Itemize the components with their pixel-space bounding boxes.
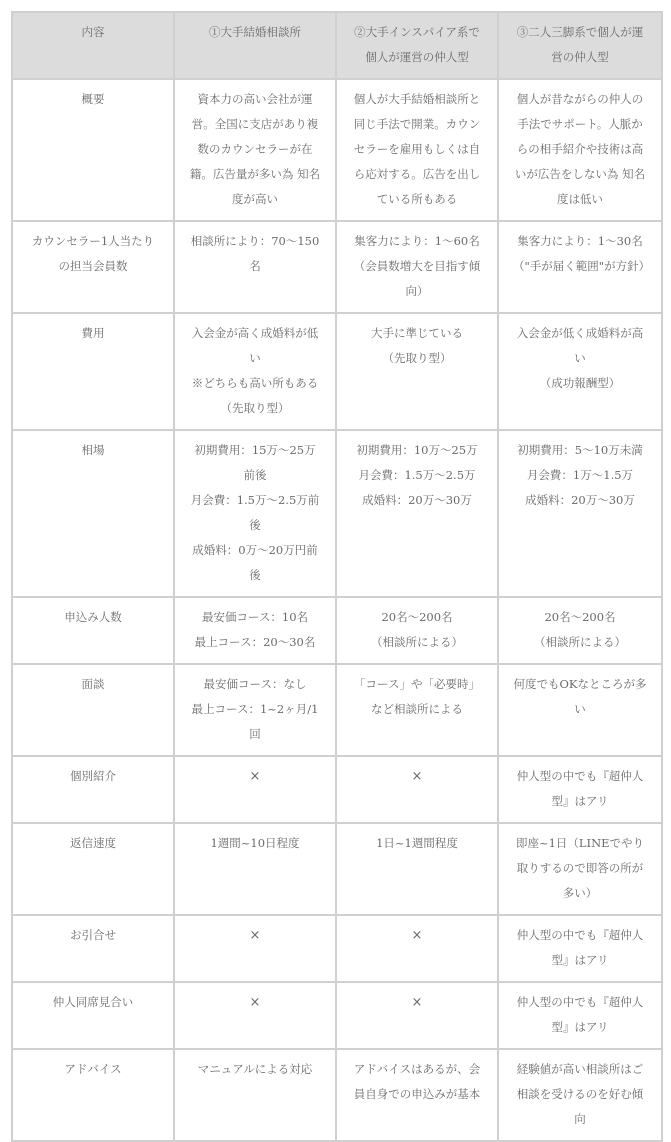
table-row-nakodo-attended-omiai: 仲人同席見合い××仲人型の中でも『超仲人型』はアリ <box>12 982 662 1049</box>
table-cell: 最安価コース：なし最上コース：1~2ヶ月/1回 <box>174 664 336 756</box>
header-partnership-nakodo: ③二人三脚系で個人が運営の仲人型 <box>498 12 662 79</box>
row-label: 面談 <box>12 664 174 756</box>
cell-text: 大手に準じている <box>351 321 483 346</box>
table-row-cost: 費用入会金が高く成婚料が低い※どちらも高い所もある（先取り型）大手に準じている（… <box>12 313 662 430</box>
cross-mark-icon: × <box>189 764 321 789</box>
cell-text: 仲人型の中でも『超仲人型』はアリ <box>513 764 647 814</box>
table-row-members-per-counselor: カウンセラー1人当たりの担当会員数相談所により：70〜150名集客力により：1〜… <box>12 221 662 313</box>
cell-text: 20名〜200名 <box>513 605 647 630</box>
cell-text: 即座~1日（LINEでやり取りするので即答の所が多い） <box>513 831 647 906</box>
table-cell: × <box>336 756 498 823</box>
row-label: 返信速度 <box>12 823 174 915</box>
cell-text: （相談所による） <box>351 630 483 655</box>
cell-text: 仲人型の中でも『超仲人型』はアリ <box>513 990 647 1040</box>
cross-mark-icon: × <box>351 923 483 948</box>
cell-text: 成婚料：20万〜30万 <box>513 488 647 513</box>
cell-text: 入会金が高く成婚料が低い <box>189 321 321 371</box>
cell-text: 1日~1週間程度 <box>351 831 483 856</box>
table-cell: マニュアルによる対応 <box>174 1049 336 1066</box>
table-cell: × <box>174 982 336 1049</box>
table-body: 概要資本力の高い会社が運営。全国に支店があり複数のカウンセラーが在籍。広告量が多… <box>12 79 662 1066</box>
cell-text: 成婚料：0万〜20万円前後 <box>189 538 321 588</box>
cell-text: 相談所により：70〜150名 <box>189 229 321 279</box>
table-cell: 初期費用：10万〜25万月会費：1.5万〜2.5万成婚料：20万〜30万 <box>336 430 498 597</box>
cell-text: （相談所による） <box>513 630 647 655</box>
cell-text: 月会費：1.5万〜2.5万前後 <box>189 488 321 538</box>
header-large-agency: ①大手結婚相談所 <box>174 12 336 79</box>
table-cell: 集客力により：1〜30名（"手が届く範囲"が方針） <box>498 221 662 313</box>
table-cell: 相談所により：70〜150名 <box>174 221 336 313</box>
table-cell: 仲人型の中でも『超仲人型』はアリ <box>498 915 662 982</box>
cell-text: 経験値が高い相談所はご相談を受けるのを好む傾向 <box>513 1057 647 1066</box>
cell-text: 成婚料：20万〜30万 <box>351 488 483 513</box>
table-row-applications: 申込み人数最安価コース：10名最上コース：20〜30名20名〜200名（相談所に… <box>12 597 662 664</box>
table-cell: 集客力により：1〜60名（会員数増大を目指す傾向） <box>336 221 498 313</box>
table-cell: 資本力の高い会社が運営。全国に支店があり複数のカウンセラーが在籍。広告量が多い為… <box>174 79 336 221</box>
table-row-market-price: 相場初期費用：15万〜25万前後月会費：1.5万〜2.5万前後成婚料：0万〜20… <box>12 430 662 597</box>
cross-mark-icon: × <box>189 990 321 1015</box>
cell-text: 初期費用：5〜10万未満 <box>513 438 647 463</box>
cross-mark-icon: × <box>351 990 483 1015</box>
comparison-table-container: 内容 ①大手結婚相談所 ②大手インスパイア系で個人が運営の仲人型 ③二人三脚系で… <box>11 11 661 1066</box>
table-row-interview: 面談最安価コース：なし最上コース：1~2ヶ月/1回「コース」や「必要時」など相談… <box>12 664 662 756</box>
table-cell: 入会金が低く成婚料が高い（成功報酬型） <box>498 313 662 430</box>
table-cell: × <box>336 915 498 982</box>
table-cell: × <box>174 756 336 823</box>
cell-text: 入会金が低く成婚料が高い <box>513 321 647 371</box>
table-cell: 初期費用：15万〜25万前後月会費：1.5万〜2.5万前後成婚料：0万〜20万円… <box>174 430 336 597</box>
table-row-advice: アドバイスマニュアルによる対応アドバイスはあるが、会員自身での申込みが基本経験値… <box>12 1049 662 1066</box>
table-cell: アドバイスはあるが、会員自身での申込みが基本 <box>336 1049 498 1066</box>
cell-text: （先取り型） <box>189 396 321 421</box>
cell-text: 最上コース：20〜30名 <box>189 630 321 655</box>
table-cell: 仲人型の中でも『超仲人型』はアリ <box>498 756 662 823</box>
cell-text: アドバイスはあるが、会員自身での申込みが基本 <box>351 1057 483 1066</box>
cell-text: 1週間~10日程度 <box>189 831 321 856</box>
cross-mark-icon: × <box>189 923 321 948</box>
table-cell: 20名〜200名（相談所による） <box>498 597 662 664</box>
table-row-response-speed: 返信速度1週間~10日程度1日~1週間程度即座~1日（LINEでやり取りするので… <box>12 823 662 915</box>
marriage-agency-comparison-table: 内容 ①大手結婚相談所 ②大手インスパイア系で個人が運営の仲人型 ③二人三脚系で… <box>11 11 663 1066</box>
cell-text: 最上コース：1~2ヶ月/1回 <box>189 697 321 747</box>
row-label: 個別紹介 <box>12 756 174 823</box>
table-cell: 最安価コース：10名最上コース：20〜30名 <box>174 597 336 664</box>
table-cell: 初期費用：5〜10万未満月会費：1万〜1.5万成婚料：20万〜30万 <box>498 430 662 597</box>
table-header-row: 内容 ①大手結婚相談所 ②大手インスパイア系で個人が運営の仲人型 ③二人三脚系で… <box>12 12 662 79</box>
table-cell: 入会金が高く成婚料が低い※どちらも高い所もある（先取り型） <box>174 313 336 430</box>
table-cell: 「コース」や「必要時」など相談所による <box>336 664 498 756</box>
cell-text: 何度でもOKなところが多い <box>513 672 647 722</box>
cell-text: （成功報酬型） <box>513 371 647 396</box>
table-cell: 何度でもOKなところが多い <box>498 664 662 756</box>
cell-text: 最安価コース：なし <box>189 672 321 697</box>
row-label: 申込み人数 <box>12 597 174 664</box>
cell-text: 「コース」や「必要時」など相談所による <box>351 672 483 722</box>
table-row-introduction-meeting: お引合せ××仲人型の中でも『超仲人型』はアリ <box>12 915 662 982</box>
row-label: 相場 <box>12 430 174 597</box>
header-content: 内容 <box>12 12 174 79</box>
table-cell: 20名〜200名（相談所による） <box>336 597 498 664</box>
cell-text: ※どちらも高い所もある <box>189 371 321 396</box>
table-cell: 個人が昔ながらの仲人の手法でサポート。人脈からの相手紹介や技術は高いが広告をしな… <box>498 79 662 221</box>
table-cell: × <box>174 915 336 982</box>
table-cell: 個人が大手結婚相談所と同じ手法で開業。カウンセラーを雇用もしくは自ら応対する。広… <box>336 79 498 221</box>
table-cell: 1週間~10日程度 <box>174 823 336 915</box>
cell-text: 初期費用：10万〜25万 <box>351 438 483 463</box>
cross-mark-icon: × <box>351 764 483 789</box>
cell-text: 仲人型の中でも『超仲人型』はアリ <box>513 923 647 973</box>
cell-text: 個人が大手結婚相談所と同じ手法で開業。カウンセラーを雇用もしくは自ら応対する。広… <box>351 87 483 212</box>
cell-text: マニュアルによる対応 <box>189 1057 321 1066</box>
cell-text: 月会費：1.5万〜2.5万 <box>351 463 483 488</box>
cell-text: 初期費用：15万〜25万前後 <box>189 438 321 488</box>
cell-text: 個人が昔ながらの仲人の手法でサポート。人脈からの相手紹介や技術は高いが広告をしな… <box>513 87 647 212</box>
table-cell: 仲人型の中でも『超仲人型』はアリ <box>498 982 662 1049</box>
header-inspired-nakodo: ②大手インスパイア系で個人が運営の仲人型 <box>336 12 498 79</box>
cell-text: 最安価コース：10名 <box>189 605 321 630</box>
cell-text: 集客力により：1〜30名 <box>513 229 647 254</box>
row-label: お引合せ <box>12 915 174 982</box>
row-label: アドバイス <box>12 1049 174 1066</box>
cell-text: 集客力により：1〜60名 <box>351 229 483 254</box>
cell-text: 20名〜200名 <box>351 605 483 630</box>
row-label: 概要 <box>12 79 174 221</box>
cell-text: 月会費：1万〜1.5万 <box>513 463 647 488</box>
table-row-overview: 概要資本力の高い会社が運営。全国に支店があり複数のカウンセラーが在籍。広告量が多… <box>12 79 662 221</box>
table-cell: × <box>336 982 498 1049</box>
row-label: 費用 <box>12 313 174 430</box>
table-cell: 大手に準じている（先取り型） <box>336 313 498 430</box>
cell-text: （先取り型） <box>351 346 483 371</box>
table-cell: 経験値が高い相談所はご相談を受けるのを好む傾向 <box>498 1049 662 1066</box>
cell-text: （"手が届く範囲"が方針） <box>513 254 647 279</box>
row-label: 仲人同席見合い <box>12 982 174 1049</box>
table-cell: 即座~1日（LINEでやり取りするので即答の所が多い） <box>498 823 662 915</box>
row-label: カウンセラー1人当たりの担当会員数 <box>12 221 174 313</box>
table-cell: 1日~1週間程度 <box>336 823 498 915</box>
table-row-individual-introduction: 個別紹介××仲人型の中でも『超仲人型』はアリ <box>12 756 662 823</box>
cell-text: 資本力の高い会社が運営。全国に支店があり複数のカウンセラーが在籍。広告量が多い為… <box>189 87 321 212</box>
cell-text: （会員数増大を目指す傾向） <box>351 254 483 304</box>
